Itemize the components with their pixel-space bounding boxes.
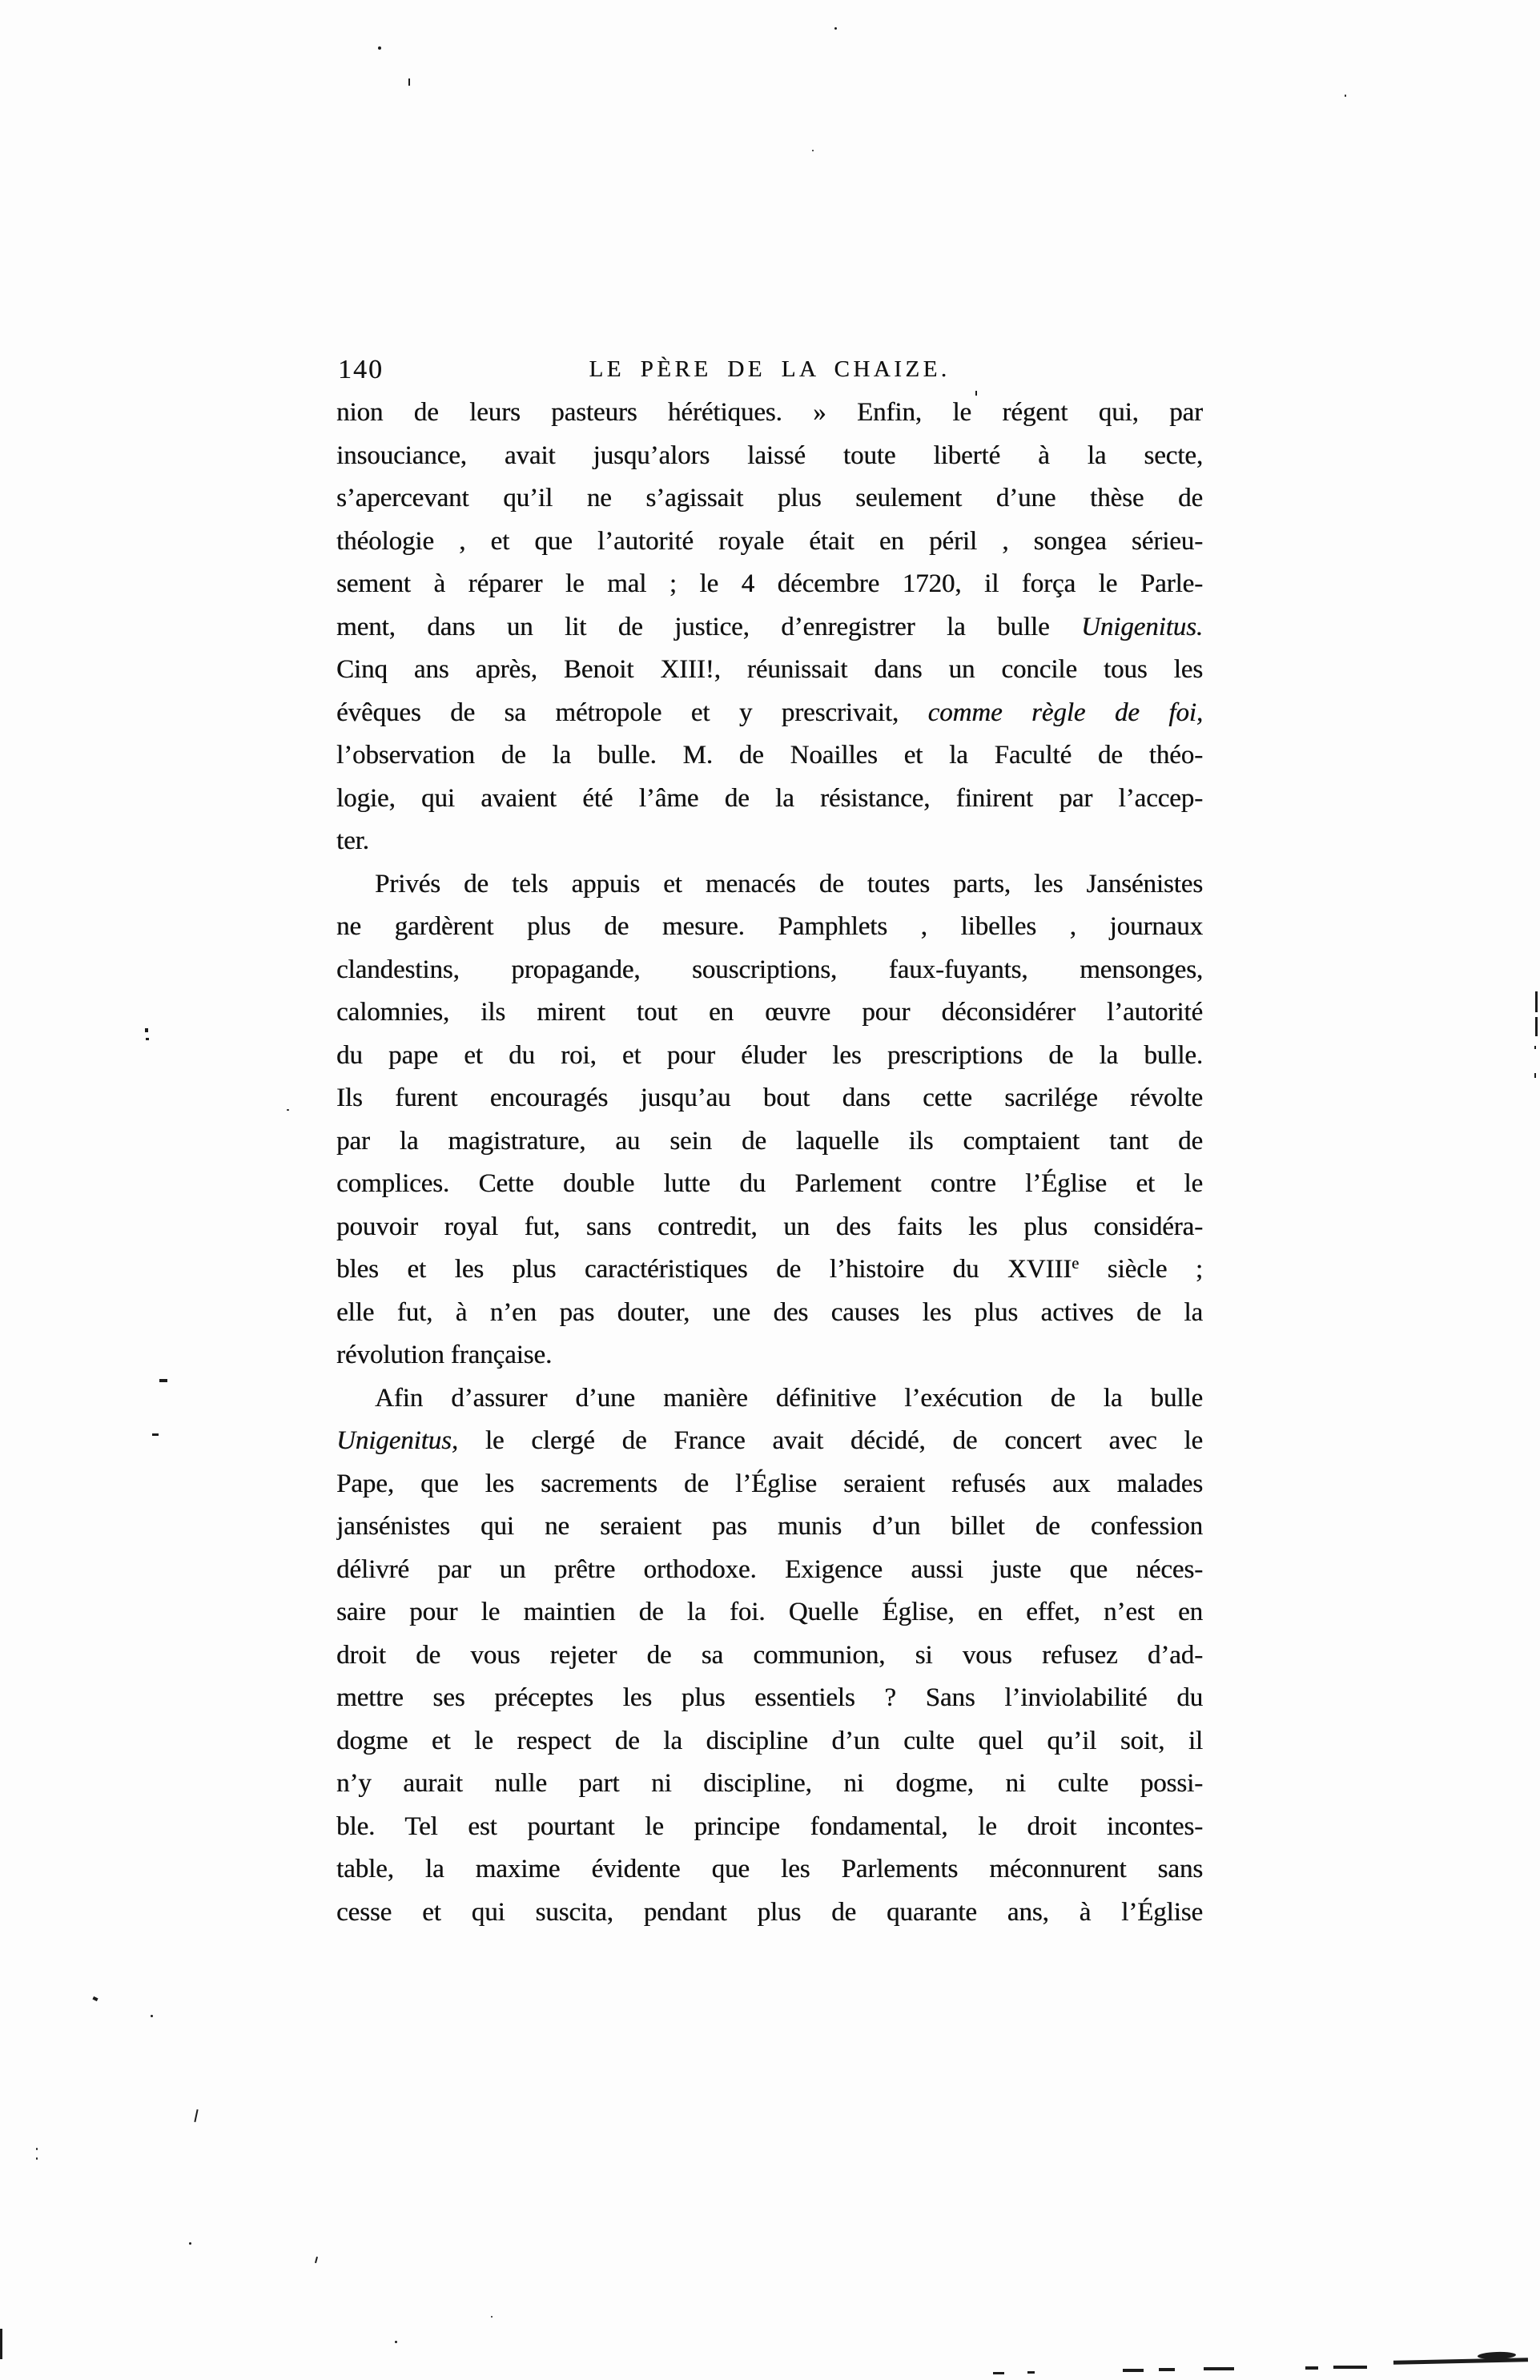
scan-speck bbox=[315, 2257, 318, 2263]
text-segment: calomnies, ils mirent tout en œuvre pour… bbox=[336, 998, 1203, 1027]
text-segment: clandestins, propagande, souscriptions, … bbox=[336, 955, 1203, 984]
text-line: clandestins, propagande, souscriptions, … bbox=[336, 949, 1203, 992]
text-segment: bles et les plus caractéristiques de l’h… bbox=[336, 1255, 1072, 1284]
text-line: l’observation de la bulle. M. de Noaille… bbox=[336, 734, 1203, 778]
text-segment: ter. bbox=[336, 826, 369, 855]
scan-speck bbox=[36, 2157, 38, 2160]
scan-bottom-line bbox=[1333, 2366, 1367, 2369]
scan-bottom-line bbox=[1305, 2366, 1318, 2370]
italic-text: Unigenitus. bbox=[1081, 613, 1203, 641]
text-line: Unigenitus, le clergé de France avait dé… bbox=[336, 1420, 1203, 1463]
text-segment: du pape et du roi, et pour éluder les pr… bbox=[336, 1041, 1203, 1070]
scan-speck bbox=[378, 46, 381, 50]
scan-speck bbox=[1534, 1046, 1536, 1049]
text-line: cesse et qui suscita, pendant plus de qu… bbox=[336, 1892, 1203, 1935]
text-segment: délivré par un prêtre orthodoxe. Exigenc… bbox=[336, 1555, 1203, 1584]
scan-speck bbox=[189, 2242, 191, 2245]
scan-speck bbox=[194, 2109, 198, 2122]
scan-speck bbox=[975, 391, 977, 396]
scan-speck bbox=[408, 78, 410, 86]
text-segment: Afin d’assurer d’une manière définitive … bbox=[375, 1384, 1203, 1413]
text-line: dogme et le respect de la discipline d’u… bbox=[336, 1720, 1203, 1763]
text-line: par la magistrature, au sein de laquelle… bbox=[336, 1120, 1203, 1164]
scan-speck bbox=[151, 2015, 153, 2017]
text-line: Pape, que les sacrements de l’Église ser… bbox=[336, 1463, 1203, 1506]
scan-bottom-line bbox=[1159, 2368, 1175, 2371]
text-segment: insouciance, avait jusqu’alors laissé to… bbox=[336, 441, 1203, 470]
text-segment: n’y aurait nulle part ni discipline, ni … bbox=[336, 1769, 1203, 1798]
scan-speck bbox=[287, 1109, 289, 1111]
text-segment: pouvoir royal fut, sans contredit, un de… bbox=[336, 1212, 1203, 1241]
text-segment: elle fut, à n’en pas douter, une des cau… bbox=[336, 1298, 1203, 1327]
text-segment: dogme et le respect de la discipline d’u… bbox=[336, 1727, 1203, 1755]
text-segment: complices. Cette double lutte du Parleme… bbox=[336, 1169, 1203, 1198]
paragraph: Afin d’assurer d’une manière définitive … bbox=[336, 1377, 1203, 1935]
scan-speck bbox=[834, 27, 837, 30]
text-line: elle fut, à n’en pas douter, une des cau… bbox=[336, 1292, 1203, 1335]
text-line: ment, dans un lit de justice, d’enregist… bbox=[336, 606, 1203, 649]
text-segment: théologie , et que l’autorité royale éta… bbox=[336, 527, 1203, 556]
text-segment: Ils furent encouragés jusqu’au bout dans… bbox=[336, 1083, 1203, 1112]
text-segment: ne gardèrent plus de mesure. Pamphlets ,… bbox=[336, 912, 1203, 941]
text-line: mettre ses préceptes les plus essentiels… bbox=[336, 1677, 1203, 1720]
text-segment: évêques de sa métropole et y prescrivait… bbox=[336, 698, 928, 727]
scan-bottom-line bbox=[993, 2372, 1004, 2374]
text-line: ble. Tel est pourtant le principe fondam… bbox=[336, 1806, 1203, 1849]
text-segment: Pape, que les sacrements de l’Église ser… bbox=[336, 1469, 1203, 1498]
text-segment: ble. Tel est pourtant le principe fondam… bbox=[336, 1812, 1203, 1841]
scan-speck bbox=[145, 1028, 148, 1032]
scan-speck bbox=[1534, 1073, 1536, 1078]
text-line: délivré par un prêtre orthodoxe. Exigenc… bbox=[336, 1549, 1203, 1592]
scanned-book-page: 140 LE PÈRE DE LA CHAIZE. nion de leurs … bbox=[0, 0, 1540, 2380]
text-segment: Cinq ans après, Benoit XIII!, réunissait… bbox=[336, 655, 1203, 684]
text-line: évêques de sa métropole et y prescrivait… bbox=[336, 692, 1203, 735]
text-segment: le clergé de France avait décidé, de con… bbox=[458, 1426, 1203, 1455]
page-header: 140 LE PÈRE DE LA CHAIZE. bbox=[336, 353, 1203, 388]
text-segment: Privés de tels appuis et menacés de tout… bbox=[375, 870, 1203, 899]
text-segment: l’observation de la bulle. M. de Noaille… bbox=[336, 741, 1203, 770]
text-segment: nion de leurs pasteurs hérétiques. » Enf… bbox=[336, 398, 1203, 427]
text-line: complices. Cette double lutte du Parleme… bbox=[336, 1163, 1203, 1206]
text-segment: mettre ses préceptes les plus essentiels… bbox=[336, 1683, 1203, 1712]
scan-speck bbox=[491, 2316, 493, 2318]
scan-margin-line bbox=[1535, 991, 1538, 1012]
text-line: ne gardèrent plus de mesure. Pamphlets ,… bbox=[336, 906, 1203, 949]
text-segment: logie, qui avaient été l’âme de la résis… bbox=[336, 784, 1203, 813]
text-segment: saire pour le maintien de la foi. Quelle… bbox=[336, 1598, 1203, 1626]
text-line: Ils furent encouragés jusqu’au bout dans… bbox=[336, 1077, 1203, 1120]
scan-speck bbox=[152, 1433, 159, 1436]
text-segment: siècle ; bbox=[1079, 1255, 1203, 1284]
text-segment: e bbox=[1072, 1255, 1079, 1272]
scan-speck bbox=[159, 1379, 167, 1382]
italic-text: Unigenitus, bbox=[336, 1426, 458, 1455]
paragraph: Privés de tels appuis et menacés de tout… bbox=[336, 863, 1203, 1377]
scan-bottom-line bbox=[1204, 2367, 1234, 2370]
scan-edge-bar bbox=[0, 2329, 2, 2359]
italic-text: comme règle de foi, bbox=[928, 698, 1203, 727]
text-segment: révolution française. bbox=[336, 1341, 552, 1369]
scan-speck bbox=[146, 1038, 149, 1040]
text-line: s’apercevant qu’il ne s’agissait plus se… bbox=[336, 477, 1203, 521]
text-line: logie, qui avaient été l’âme de la résis… bbox=[336, 778, 1203, 821]
scan-speck bbox=[92, 1996, 98, 2001]
text-line: du pape et du roi, et pour éluder les pr… bbox=[336, 1035, 1203, 1078]
text-line: saire pour le maintien de la foi. Quelle… bbox=[336, 1591, 1203, 1634]
text-line: Afin d’assurer d’une manière définitive … bbox=[336, 1377, 1203, 1421]
text-line: révolution française. bbox=[336, 1334, 1203, 1377]
text-segment: ment, dans un lit de justice, d’enregist… bbox=[336, 613, 1081, 641]
text-line: droit de vous rejeter de sa communion, s… bbox=[336, 1634, 1203, 1678]
text-line: pouvoir royal fut, sans contredit, un de… bbox=[336, 1206, 1203, 1249]
text-line: ter. bbox=[336, 820, 1203, 863]
text-line: jansénistes qui ne seraient pas munis d’… bbox=[336, 1506, 1203, 1549]
text-line: Privés de tels appuis et menacés de tout… bbox=[336, 863, 1203, 907]
scan-speck bbox=[36, 2148, 38, 2150]
scan-bottom-line bbox=[1123, 2369, 1144, 2372]
text-line: table, la maxime évidente que les Parlem… bbox=[336, 1848, 1203, 1892]
text-line: n’y aurait nulle part ni discipline, ni … bbox=[336, 1763, 1203, 1806]
paragraph: nion de leurs pasteurs hérétiques. » Enf… bbox=[336, 392, 1203, 863]
scan-bottom-line bbox=[1027, 2371, 1035, 2374]
text-segment: sement à réparer le mal ; le 4 décembre … bbox=[336, 569, 1203, 598]
text-line: calomnies, ils mirent tout en œuvre pour… bbox=[336, 991, 1203, 1035]
text-line: théologie , et que l’autorité royale éta… bbox=[336, 521, 1203, 564]
page-number: 140 bbox=[338, 355, 384, 385]
scan-speck bbox=[1345, 94, 1346, 97]
text-segment: table, la maxime évidente que les Parlem… bbox=[336, 1855, 1203, 1883]
running-title: LE PÈRE DE LA CHAIZE. bbox=[336, 353, 1203, 383]
text-line: bles et les plus caractéristiques de l’h… bbox=[336, 1248, 1203, 1292]
text-segment: cesse et qui suscita, pendant plus de qu… bbox=[336, 1898, 1203, 1927]
text-line: sement à réparer le mal ; le 4 décembre … bbox=[336, 563, 1203, 606]
text-line: Cinq ans après, Benoit XIII!, réunissait… bbox=[336, 649, 1203, 692]
text-segment: jansénistes qui ne seraient pas munis d’… bbox=[336, 1512, 1203, 1541]
scan-bottom-line bbox=[1393, 2358, 1528, 2365]
text-line: insouciance, avait jusqu’alors laissé to… bbox=[336, 435, 1203, 478]
text-segment: droit de vous rejeter de sa communion, s… bbox=[336, 1641, 1203, 1670]
text-line: nion de leurs pasteurs hérétiques. » Enf… bbox=[336, 392, 1203, 435]
text-segment: par la magistrature, au sein de laquelle… bbox=[336, 1127, 1203, 1156]
text-block: nion de leurs pasteurs hérétiques. » Enf… bbox=[336, 392, 1203, 1934]
scan-margin-line bbox=[1535, 1017, 1538, 1036]
text-segment: s’apercevant qu’il ne s’agissait plus se… bbox=[336, 484, 1203, 513]
scan-speck bbox=[812, 150, 814, 151]
scan-speck bbox=[395, 2341, 397, 2343]
